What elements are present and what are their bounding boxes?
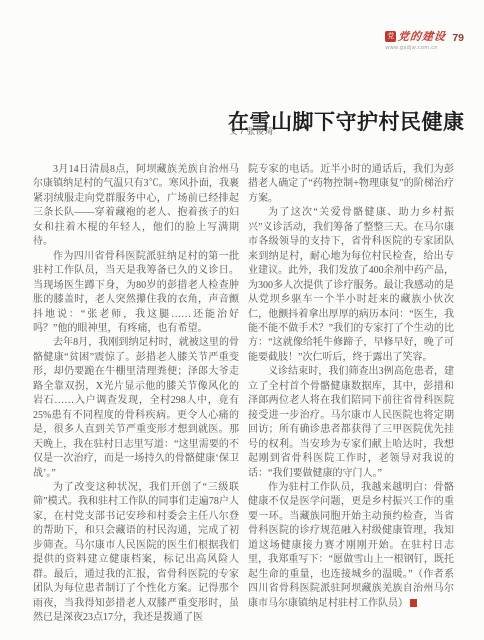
paragraph: 去年8月，我刚到纳足村时，就被这里的骨骼健康“贫困”震惊了。彭措老人膝关节严重变…	[33, 336, 239, 481]
article-end-mark-icon	[410, 599, 417, 607]
paragraph: 作为四川省骨科医院派驻纳足村的第一批驻村工作队员，当天是我筹备已久的义诊日。当现…	[33, 250, 239, 337]
page-header: 党 党的建设 www.gsdjw.com.cn 79	[385, 28, 464, 51]
magazine-logo-url: www.gsdjw.com.cn	[385, 45, 438, 51]
paragraph: 为了这次“关爱骨骼健康、助力乡村振兴”义诊活动，我们筹备了整整三天。在马尔康市各…	[248, 206, 454, 365]
paragraph: 作为驻村工作队员，我越来越明白：骨骼健康不仅是医学问题，更是乡村振兴工作的重要一…	[248, 481, 454, 611]
magazine-page: 党 党的建设 www.gsdjw.com.cn 79 在雪山脚下守护村民健康 文…	[0, 0, 484, 640]
right-column: 院专家的电话。近半小时的通话后，我们为彭措老人确定了“药物控制+物理康复”的阶梯…	[248, 163, 454, 626]
magazine-logo-text: 党的建设	[397, 28, 447, 44]
paragraph-text: 作为驻村工作队员，我越来越明白：骨骼健康不仅是医学问题，更是乡村振兴工作的重要一…	[248, 482, 454, 609]
left-column: 3月14日清晨8点，阿坝藏族羌族自治州马尔康镇纳足村的气温只有3℃。寒风扑面，我…	[33, 163, 239, 626]
paragraph: 3月14日清晨8点，阿坝藏族羌族自治州马尔康镇纳足村的气温只有3℃。寒风扑面，我…	[33, 163, 239, 250]
article-byline: 文 / 张俊琦	[229, 125, 274, 137]
magazine-seal-icon: 党	[385, 31, 396, 42]
page-number: 79	[452, 32, 464, 44]
article-body: 3月14日清晨8点，阿坝藏族羌族自治州马尔康镇纳足村的气温只有3℃。寒风扑面，我…	[33, 163, 454, 626]
magazine-logo: 党 党的建设 www.gsdjw.com.cn	[385, 28, 446, 51]
paragraph: 义诊结束时，我们筛查出3例高危患者，建立了全村首个骨骼健康数据库，其中，彭措和泽…	[248, 365, 454, 481]
paragraph-continuation: 院专家的电话。近半小时的通话后，我们为彭措老人确定了“药物控制+物理康复”的阶梯…	[248, 163, 454, 206]
paragraph: 为了改变这种状况，我们开创了“三级联筛”模式。我和驻村工作队的同事们走遍78户人…	[33, 481, 239, 626]
